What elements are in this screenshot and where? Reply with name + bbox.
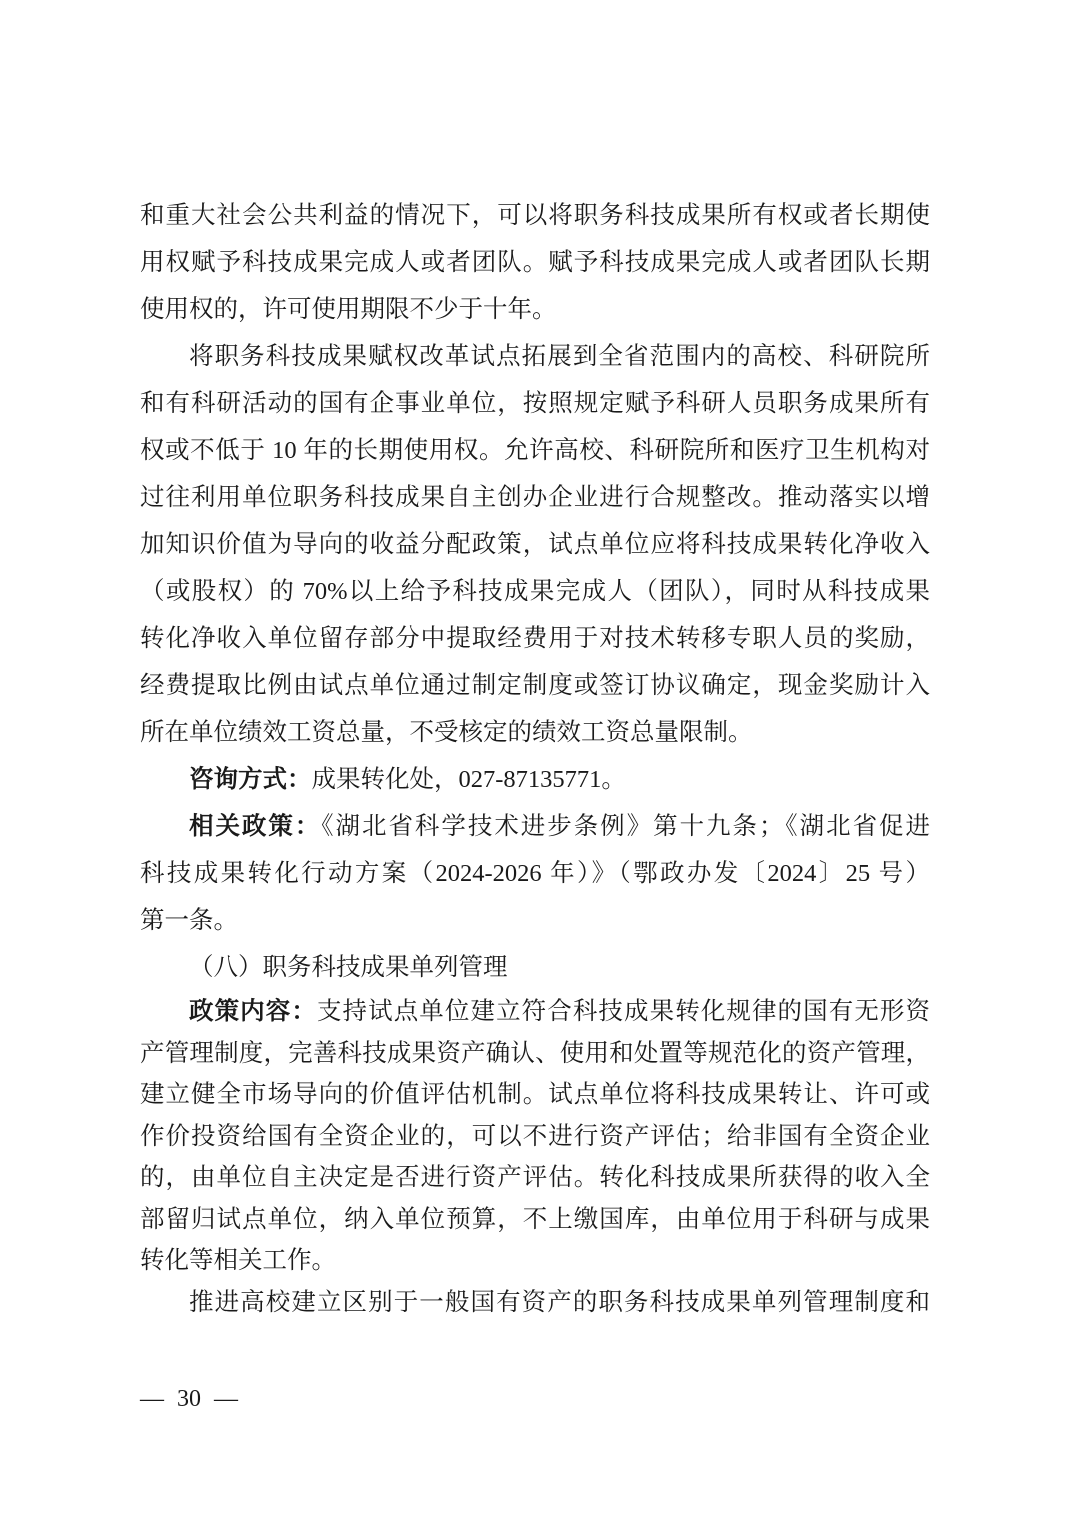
- text-line: 和有科研活动的国有企事业单位，按照规定赋予科研人员职务成果所有: [140, 380, 930, 427]
- text-line: 部留归试点单位，纳入单位预算，不上缴国库，由单位用于科研与成果: [140, 1199, 930, 1241]
- document-page: 和重大社会公共利益的情况下，可以将职务科技成果所有权或者长期使 用权赋予科技成果…: [0, 0, 1074, 1520]
- text-line: 用权赋予科技成果完成人或者团队。赋予科技成果完成人或者团队长期: [140, 239, 930, 286]
- bold-label: 相关政策：: [189, 813, 321, 840]
- text-line: 的，由单位自主决定是否进行资产评估。转化科技成果所获得的收入全: [140, 1157, 930, 1199]
- paragraph: 将职务科技成果赋权改革试点拓展到全省范围内的高校、科研院所 和有科研活动的国有企…: [140, 333, 930, 756]
- labeled-paragraph-policy-refs: 相关政策：《湖北省科学技术进步条例》第十九条；《湖北省促进 科技成果转化行动方案…: [140, 803, 930, 944]
- heading-line: （八）职务科技成果单列管理: [140, 944, 930, 991]
- text-line: 第一条。: [140, 897, 930, 944]
- text-line: 加知识价值为导向的收益分配政策，试点单位应将科技成果转化净收入: [140, 521, 930, 568]
- label-text: 支持试点单位建立符合科技成果转化规律的国有无形资: [317, 998, 930, 1025]
- text-line: 和重大社会公共利益的情况下，可以将职务科技成果所有权或者长期使: [140, 192, 930, 239]
- text-line: 过往利用单位职务科技成果自主创办企业进行合规整改。推动落实以增: [140, 474, 930, 521]
- text-line: 权或不低于 10 年的长期使用权。允许高校、科研院所和医疗卫生机构对: [140, 427, 930, 474]
- text-line: 建立健全市场导向的价值评估机制。试点单位将科技成果转让、许可或: [140, 1074, 930, 1116]
- bold-label: 政策内容：: [189, 998, 317, 1025]
- text-line: 所在单位绩效工资总量，不受核定的绩效工资总量限制。: [140, 709, 930, 756]
- paragraph: 和重大社会公共利益的情况下，可以将职务科技成果所有权或者长期使 用权赋予科技成果…: [140, 192, 930, 333]
- labeled-paragraph-policy-content: 政策内容：支持试点单位建立符合科技成果转化规律的国有无形资 产管理制度，完善科技…: [140, 991, 930, 1282]
- page-content: 和重大社会公共利益的情况下，可以将职务科技成果所有权或者长期使 用权赋予科技成果…: [140, 192, 930, 1323]
- text-line: 转化净收入单位留存部分中提取经费用于对技术转移专职人员的奖励，: [140, 615, 930, 662]
- text-line: 使用权的，许可使用期限不少于十年。: [140, 286, 930, 333]
- label-text: 成果转化处，027-87135771。: [312, 766, 626, 793]
- page-number: — 30 —: [140, 1386, 238, 1413]
- bold-label: 咨询方式：: [189, 766, 312, 793]
- label-text: 《湖北省科学技术进步条例》第十九条；《湖北省促进: [321, 813, 930, 840]
- text-line: 科技成果转化行动方案（2024-2026 年）》（鄂政办发〔2024〕25 号）: [140, 850, 930, 897]
- text-line: 转化等相关工作。: [140, 1240, 930, 1282]
- section-heading: （八）职务科技成果单列管理: [140, 944, 930, 991]
- text-line: 推进高校建立区别于一般国有资产的职务科技成果单列管理制度和: [140, 1282, 930, 1324]
- paragraph: 推进高校建立区别于一般国有资产的职务科技成果单列管理制度和: [140, 1282, 930, 1324]
- text-line: （或股权）的 70%以上给予科技成果完成人（团队），同时从科技成果: [140, 568, 930, 615]
- labeled-paragraph-consult: 咨询方式：成果转化处，027-87135771。: [140, 756, 930, 803]
- text-line: 经费提取比例由试点单位通过制定制度或签订协议确定，现金奖励计入: [140, 662, 930, 709]
- text-line: 将职务科技成果赋权改革试点拓展到全省范围内的高校、科研院所: [140, 333, 930, 380]
- text-line: 产管理制度，完善科技成果资产确认、使用和处置等规范化的资产管理，: [140, 1033, 930, 1075]
- text-line: 政策内容：支持试点单位建立符合科技成果转化规律的国有无形资: [140, 991, 930, 1033]
- text-line: 作价投资给国有全资企业的，可以不进行资产评估；给非国有全资企业: [140, 1116, 930, 1158]
- text-line: 相关政策：《湖北省科学技术进步条例》第十九条；《湖北省促进: [140, 803, 930, 850]
- text-line: 咨询方式：成果转化处，027-87135771。: [140, 756, 930, 803]
